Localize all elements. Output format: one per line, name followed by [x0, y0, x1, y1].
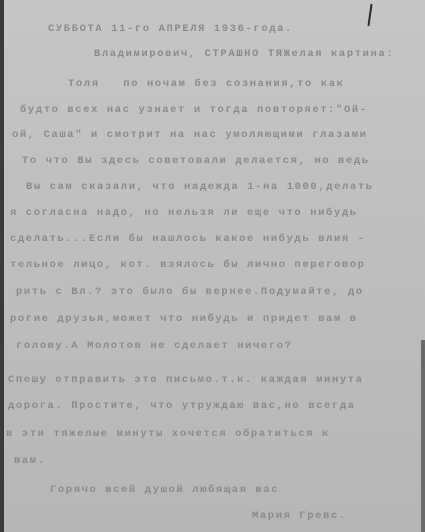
body-line: Вы сам сказали, что надежда 1-на 1000,де…: [26, 181, 374, 193]
letter-greeting: Владимирович, СТРАШНО ТЯЖелая картина:: [94, 48, 394, 60]
body-line: рить с Вл.? это было бы вернее.Подумайте…: [16, 286, 364, 298]
body-line: дорога. Простите, что утруждаю вас,но вс…: [8, 400, 356, 412]
body-line: будто всех нас узнает и тогда повторяет:…: [20, 104, 368, 116]
body-line: ой, Саша" и смотрит на нас умоляющими гл…: [12, 129, 368, 141]
body-line: То что Вы здесь советовали делается, но …: [22, 155, 370, 167]
letter-closing: Горячо всей душой любящая вас: [50, 484, 279, 496]
body-line: рогие друзья,может что нибудь и придет в…: [10, 313, 358, 325]
body-line: в эти тяжелые минуты хочется обратиться …: [6, 428, 330, 440]
scan-edge-right: [421, 340, 425, 532]
pen-mark: [367, 4, 372, 26]
body-line: я согласна надо, но нельзя ли еще что ни…: [10, 207, 358, 219]
scan-edge-left: [0, 0, 4, 532]
letter-heading: СУББОТА 11-го АПРЕЛЯ 1936-года.: [48, 23, 293, 35]
body-line: голову.А Молотов не сделает ничего?: [16, 340, 293, 352]
body-line: тельное лицо, кот. взялось бы лично пере…: [10, 259, 366, 271]
body-line: вам.: [14, 455, 46, 467]
letter-signature: Мария Гревс.: [252, 510, 347, 522]
letter-page: СУББОТА 11-го АПРЕЛЯ 1936-года. Владимир…: [0, 0, 425, 532]
body-line: Толя по ночам без сознания,то как: [68, 78, 345, 90]
body-line: Спешу отправить это письмо.т.к. каждая м…: [8, 374, 364, 386]
body-line: сделать...Если бы нашлось какое нибудь в…: [10, 233, 366, 245]
